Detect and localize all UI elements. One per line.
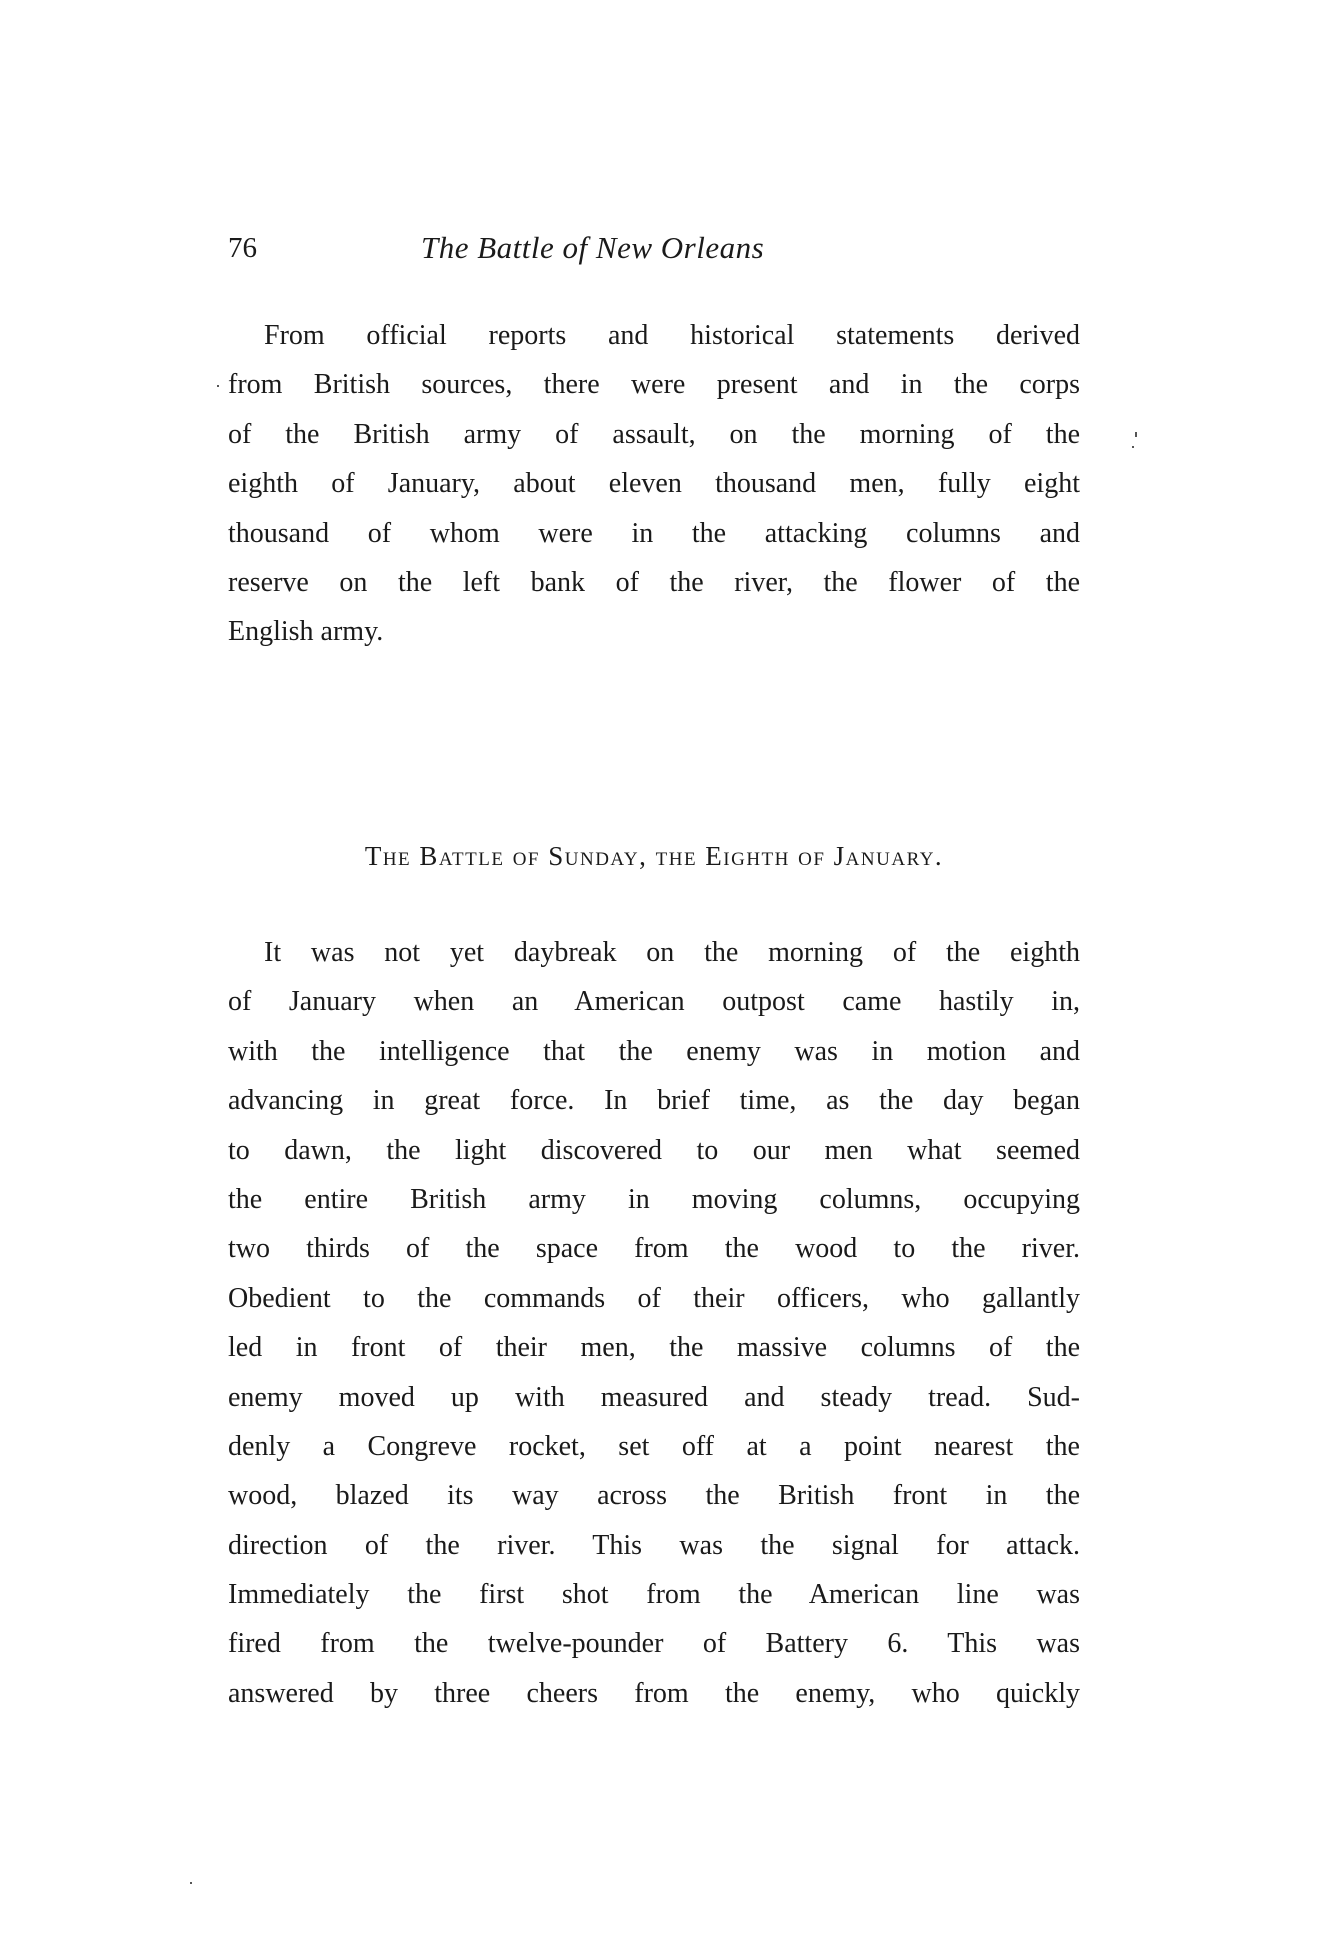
- text-line: Obedient to the commands of their office…: [228, 1274, 1080, 1323]
- text-line: direction of the river. This was the sig…: [228, 1521, 1080, 1570]
- text-line: Immediately the first shot from the Amer…: [228, 1570, 1080, 1619]
- page-number: 76: [228, 228, 257, 268]
- text-line: fired from the twelve-pounder of Battery…: [228, 1619, 1080, 1668]
- scan-speck: [190, 1882, 192, 1884]
- section-heading: The Battle of Sunday, the Eighth of Janu…: [228, 836, 1080, 876]
- text-line: the entire British army in moving column…: [228, 1175, 1080, 1224]
- text-line: reserve on the left bank of the river, t…: [228, 558, 1080, 607]
- text-line: From official reports and historical sta…: [228, 311, 1080, 360]
- text-line: of January when an American outpost came…: [228, 977, 1080, 1026]
- scan-speck: [1135, 432, 1137, 437]
- text-line: It was not yet daybreak on the morning o…: [228, 928, 1080, 977]
- text-line: denly a Congreve rocket, set off at a po…: [228, 1422, 1080, 1471]
- text-line: of the British army of assault, on the m…: [228, 410, 1080, 459]
- book-page: 76 The Battle of New Orleans From offici…: [0, 0, 1324, 1947]
- text-line: thousand of whom were in the attacking c…: [228, 509, 1080, 558]
- text-line: advancing in great force. In brief time,…: [228, 1076, 1080, 1125]
- text-line: to dawn, the light discovered to our men…: [228, 1126, 1080, 1175]
- text-line: with the intelligence that the enemy was…: [228, 1027, 1080, 1076]
- scan-speck: [1132, 446, 1134, 448]
- text-line: English army.: [228, 607, 1080, 656]
- scan-speck: [217, 385, 219, 387]
- text-line: led in front of their men, the massive c…: [228, 1323, 1080, 1372]
- text-line: two thirds of the space from the wood to…: [228, 1224, 1080, 1273]
- text-line: eighth of January, about eleven thousand…: [228, 459, 1080, 508]
- text-line: from British sources, there were present…: [228, 360, 1080, 409]
- text-line: wood, blazed its way across the British …: [228, 1471, 1080, 1520]
- running-head: 76 The Battle of New Orleans: [228, 228, 1080, 268]
- text-line: enemy moved up with measured and steady …: [228, 1373, 1080, 1422]
- text-line: answered by three cheers from the enemy,…: [228, 1669, 1080, 1718]
- running-title: The Battle of New Orleans: [421, 228, 764, 268]
- paragraph-official-reports: From official reports and historical sta…: [228, 311, 1080, 657]
- paragraph-battle-narrative: It was not yet daybreak on the morning o…: [228, 928, 1080, 1718]
